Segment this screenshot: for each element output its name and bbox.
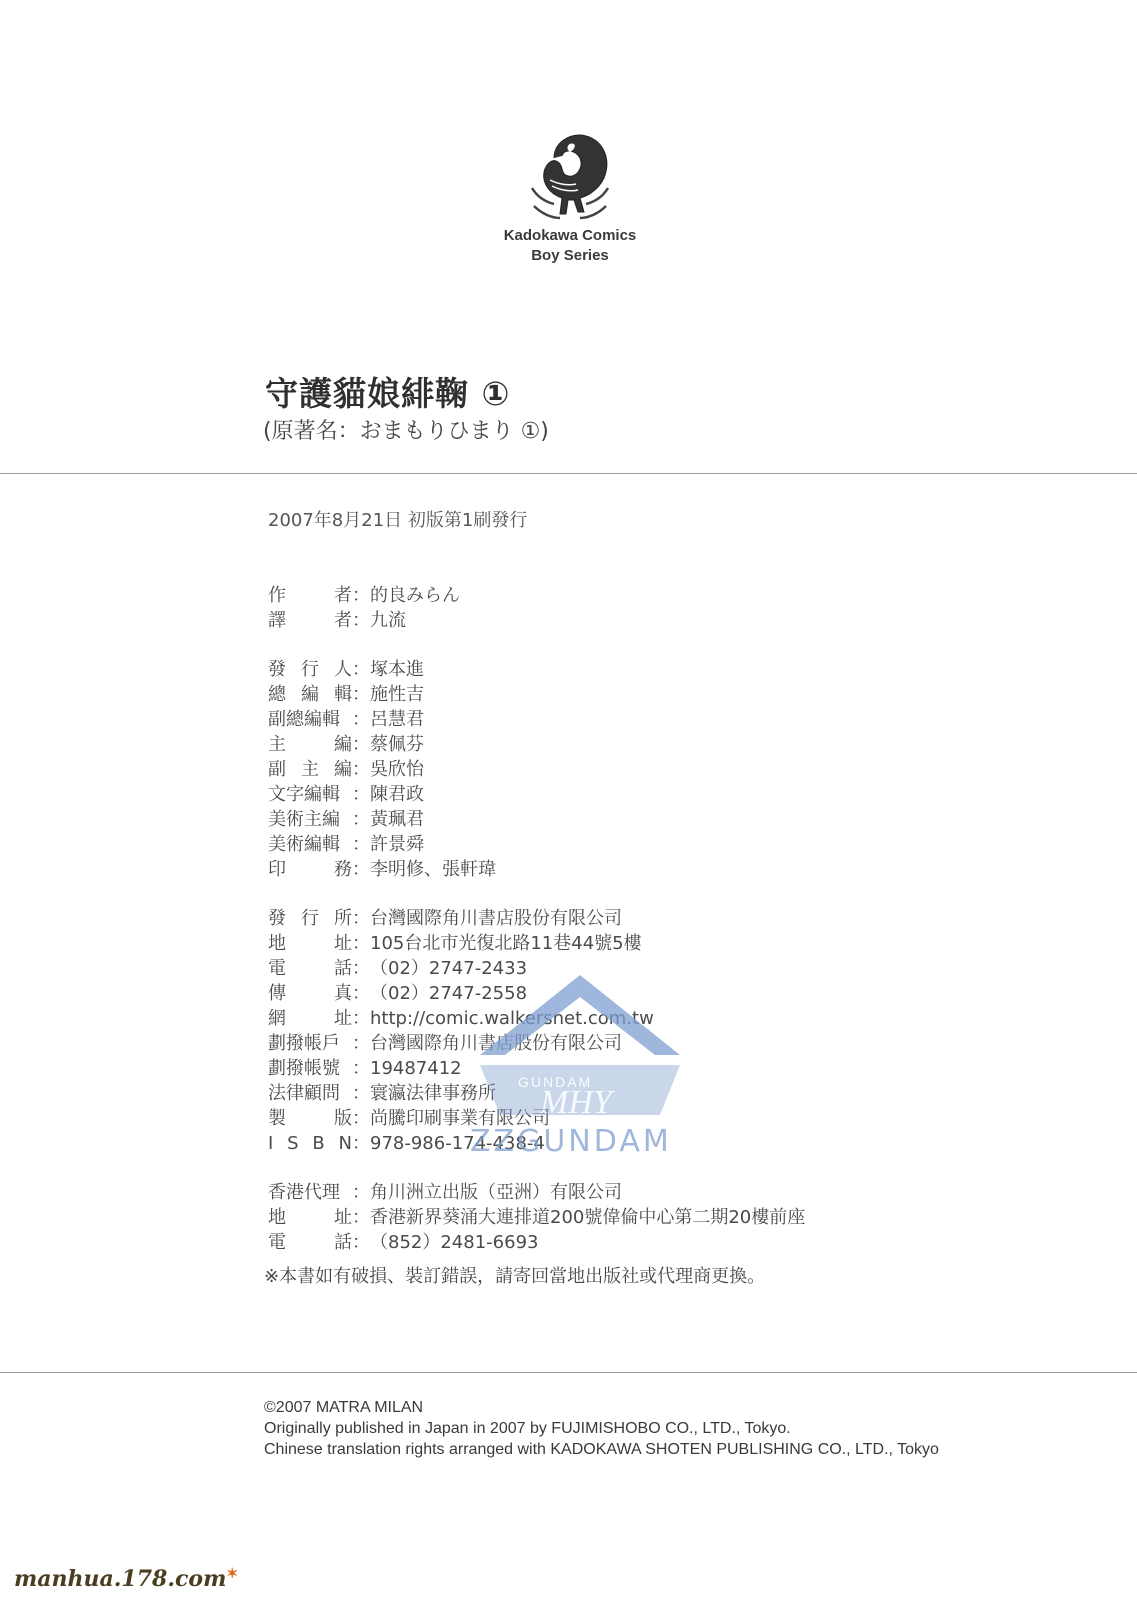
credit-row: 劃撥帳戶：台灣國際角川書店股份有限公司 [268,1031,805,1056]
credit-separator: ： [352,931,370,956]
credit-value: 吳欣怡 [370,757,424,782]
phoenix-emblem-icon [524,128,616,226]
credit-row: 文字編輯：陳君政 [268,782,805,807]
credits-group-staff: 發行人：塚本進總編輯：施性吉副總編輯：呂慧君主編：蔡佩芬副主編：吳欣怡文字編輯：… [268,657,805,882]
credit-separator: ： [352,1056,370,1081]
credit-row: 印務：李明修、張軒瑋 [268,857,805,882]
credit-row: 地址：105台北市光復北路11巷44號5樓 [268,931,805,956]
credit-separator: ： [352,807,370,832]
credit-row: 電話：（02）2747-2433 [268,956,805,981]
credit-value: 台灣國際角川書店股份有限公司 [370,906,622,931]
credit-label: 法律顧問 [268,1081,352,1106]
credit-label: 總編輯 [268,682,352,707]
star-icon: ✶ [226,1566,238,1582]
credit-row: 劃撥帳號：19487412 [268,1056,805,1081]
credit-label: 發行人 [268,657,352,682]
credit-value: 105台北市光復北路11巷44號5樓 [370,931,642,956]
credit-value: 李明修、張軒瑋 [370,857,496,882]
copyright-line: ©2007 MATRA MILAN [264,1397,939,1418]
credit-value: （02）2747-2433 [370,956,527,981]
credit-value: 許景舜 [370,832,424,857]
credit-value: 黃珮君 [370,807,424,832]
credit-value: 塚本進 [370,657,424,682]
credit-label: 作者 [268,583,352,608]
credit-separator: ： [352,682,370,707]
credit-value: 呂慧君 [370,707,424,732]
credit-separator: ： [352,981,370,1006]
credit-separator: ： [352,857,370,882]
credit-value: http://comic.walkersnet.com.tw [370,1006,654,1031]
divider-top [0,473,1137,474]
credit-separator: ： [352,1006,370,1031]
credit-separator: ： [352,906,370,931]
credits-group-hk-agent: 香港代理：角川洲立出版（亞洲）有限公司地址：香港新界葵涌大連排道200號偉倫中心… [268,1180,805,1255]
credit-value: 台灣國際角川書店股份有限公司 [370,1031,622,1056]
credit-label: 電話 [268,956,352,981]
credit-row: 網址：http://comic.walkersnet.com.tw [268,1006,805,1031]
credit-separator: ： [352,1131,370,1156]
publisher-logo: Kadokawa Comics Boy Series [480,128,660,266]
credit-separator: ： [352,1106,370,1131]
credit-separator: ： [352,757,370,782]
credit-row: 電話：（852）2481-6693 [268,1230,805,1255]
credits-block: 作者：的良みらん譯者：九流 發行人：塚本進總編輯：施性吉副總編輯：呂慧君主編：蔡… [268,583,805,1255]
publication-date: 2007年8月21日 初版第1刷發行 [268,506,527,532]
credit-separator: ： [352,657,370,682]
credit-label: 電話 [268,1230,352,1255]
series-name-line1: Kadokawa Comics [480,226,660,246]
credit-label: 劃撥帳戶 [268,1031,352,1056]
credit-value: 19487412 [370,1056,462,1081]
divider-bottom [0,1372,1137,1373]
credit-separator: ： [352,1031,370,1056]
credit-label: 發行所 [268,906,352,931]
credit-value: 角川洲立出版（亞洲）有限公司 [370,1180,622,1205]
credit-label: 副總編輯 [268,707,352,732]
credit-separator: ： [352,782,370,807]
credits-group-authors: 作者：的良みらん譯者：九流 [268,583,805,633]
credit-value: 蔡佩芬 [370,732,424,757]
credit-value: 的良みらん [370,583,460,608]
credit-row: 副主編：吳欣怡 [268,757,805,782]
credit-row: 製版：尚騰印刷事業有限公司 [268,1106,805,1131]
credit-value: 978-986-174-438-4 [370,1131,545,1156]
original-publisher-line: Originally published in Japan in 2007 by… [264,1418,939,1439]
site-watermark: manhua.178.com✶ [14,1566,238,1592]
credit-row: ISBN：978-986-174-438-4 [268,1131,805,1156]
credit-label: 印務 [268,857,352,882]
credit-separator: ： [352,1180,370,1205]
credit-separator: ： [352,707,370,732]
credit-row: 總編輯：施性吉 [268,682,805,707]
credit-row: 主編：蔡佩芬 [268,732,805,757]
credit-label: 製版 [268,1106,352,1131]
credit-label: 地址 [268,931,352,956]
credit-row: 香港代理：角川洲立出版（亞洲）有限公司 [268,1180,805,1205]
original-title: (原著名：おまもりひまり ①) [263,414,549,445]
credit-row: 副總編輯：呂慧君 [268,707,805,732]
book-title: 守護貓娘緋鞠 ① [265,368,510,415]
copyright-block: ©2007 MATRA MILAN Originally published i… [264,1397,939,1460]
credit-separator: ： [352,732,370,757]
credit-label: 劃撥帳號 [268,1056,352,1081]
credit-row: 作者：的良みらん [268,583,805,608]
credit-row: 地址：香港新界葵涌大連排道200號偉倫中心第二期20樓前座 [268,1205,805,1230]
credit-label: 主編 [268,732,352,757]
credit-row: 美術編輯：許景舜 [268,832,805,857]
credit-row: 法律顧問：寰瀛法律事務所 [268,1081,805,1106]
credit-value: 陳君政 [370,782,424,807]
credit-row: 傳真：（02）2747-2558 [268,981,805,1006]
credit-separator: ： [352,956,370,981]
credit-row: 譯者：九流 [268,608,805,633]
credit-separator: ： [352,583,370,608]
credit-value: 施性吉 [370,682,424,707]
credit-value: 寰瀛法律事務所 [370,1081,496,1106]
credits-group-publisher: 發行所：台灣國際角川書店股份有限公司地址：105台北市光復北路11巷44號5樓電… [268,906,805,1156]
credit-value: 九流 [370,608,406,633]
site-watermark-text: manhua.178.com [14,1566,226,1592]
series-name-line2: Boy Series [480,246,660,266]
credit-label: 地址 [268,1205,352,1230]
credit-label: 美術主編 [268,807,352,832]
credit-label: 香港代理 [268,1180,352,1205]
credit-label: 副主編 [268,757,352,782]
credit-label: 網址 [268,1006,352,1031]
credit-label: 美術編輯 [268,832,352,857]
credit-row: 發行人：塚本進 [268,657,805,682]
translation-rights-line: Chinese translation rights arranged with… [264,1439,939,1460]
credit-label: 文字編輯 [268,782,352,807]
damage-notice: ※本書如有破損、裝訂錯誤，請寄回當地出版社或代理商更換。 [264,1262,765,1288]
credit-label: ISBN [268,1131,352,1156]
credit-value: （02）2747-2558 [370,981,527,1006]
credit-row: 發行所：台灣國際角川書店股份有限公司 [268,906,805,931]
credit-separator: ： [352,1230,370,1255]
credit-value: 香港新界葵涌大連排道200號偉倫中心第二期20樓前座 [370,1205,805,1230]
credit-value: 尚騰印刷事業有限公司 [370,1106,550,1131]
credit-separator: ： [352,832,370,857]
credit-separator: ： [352,1205,370,1230]
credit-label: 譯者 [268,608,352,633]
credit-label: 傳真 [268,981,352,1006]
credit-separator: ： [352,1081,370,1106]
credit-separator: ： [352,608,370,633]
credit-row: 美術主編：黃珮君 [268,807,805,832]
credit-value: （852）2481-6693 [370,1230,538,1255]
